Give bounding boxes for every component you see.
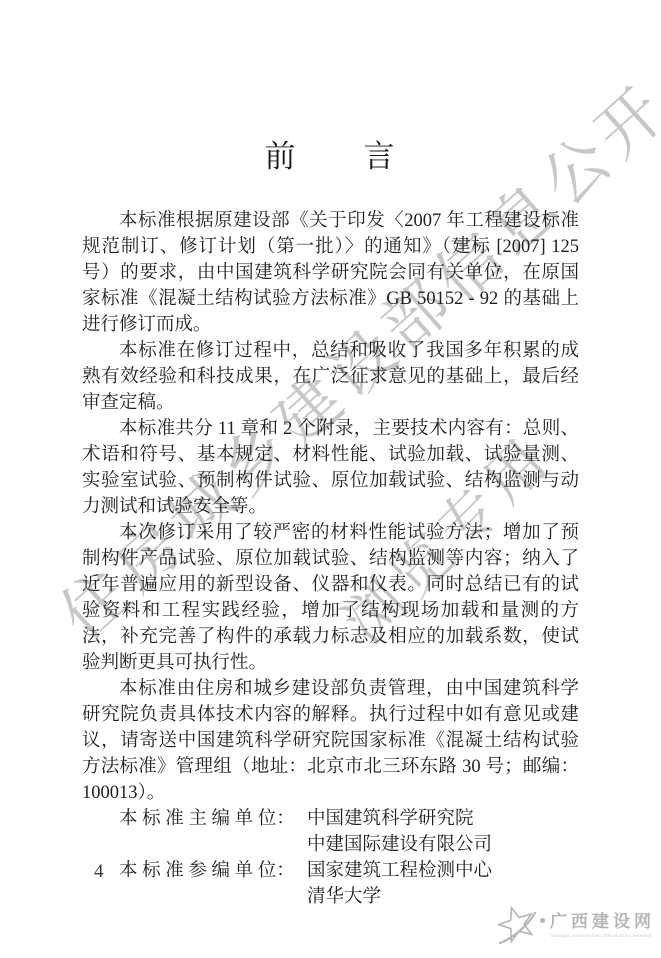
co-editor-orgs: 国家建筑工程检测中心 清华大学 [307,858,579,910]
paragraph-4: 本次修订采用了较严密的材料性能试验方法；增加了预制构件产品试验、原位加载试验、结… [82,520,579,676]
co-editor-org-1: 国家建筑工程检测中心 [307,858,579,884]
logo-tagline: Guangxi construction information network [550,934,655,939]
chief-editor-orgs: 中国建筑科学研究院 中建国际建设有限公司 [307,806,579,858]
paragraph-1: 本标准根据原建设部《关于印发〈2007 年工程建设标准规范制订、修订计划（第一批… [82,208,579,338]
paragraph-2: 本标准在修订过程中，总结和吸收了我国多年积累的成熟有效经验和科技成果，在广泛征求… [82,338,579,416]
logo-text: 广西建设网 Guangxi construction information n… [550,913,655,939]
logo-name: 广西建设网 [550,913,655,932]
logo-dot-icon [540,918,545,923]
chief-editor-org-1: 中国建筑科学研究院 [307,806,579,832]
page-title: 前 言 [82,131,579,176]
chief-editor-row: 本 标 准 主 编 单 位： 中国建筑科学研究院 中建国际建设有限公司 [119,806,579,858]
chief-editor-label: 本 标 准 主 编 单 位： [119,806,307,858]
paragraph-3: 本标准共分 11 章和 2 个附录，主要技术内容有：总则、术语和符号、基本规定、… [82,416,579,520]
paragraph-5: 本标准由住房和城乡建设部负责管理，由中国建筑科学研究院负责具体技术内容的解释。执… [82,676,579,806]
site-logo: 广西建设网 Guangxi construction information n… [496,904,655,948]
co-editor-row: 本 标 准 参 编 单 位： 国家建筑工程检测中心 清华大学 [119,858,579,910]
editor-units: 本 标 准 主 编 单 位： 中国建筑科学研究院 中建国际建设有限公司 本 标 … [82,806,579,910]
star-swoosh-icon [496,904,538,948]
page-number: 4 [94,861,104,883]
co-editor-label: 本 标 准 参 编 单 位： [119,858,307,910]
page-content: 前 言 本标准根据原建设部《关于印发〈2007 年工程建设标准规范制订、修订计划… [82,131,579,910]
body-text: 本标准根据原建设部《关于印发〈2007 年工程建设标准规范制订、修订计划（第一批… [82,208,579,806]
chief-editor-org-2: 中建国际建设有限公司 [307,832,579,858]
